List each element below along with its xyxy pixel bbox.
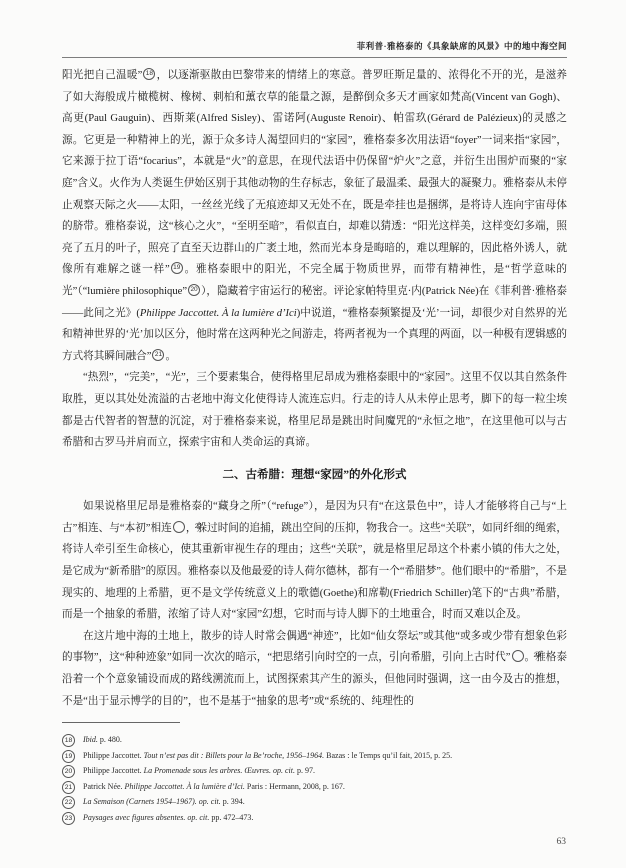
- footnote-number: 23: [62, 812, 75, 825]
- text-run-italic: Philippe Jaccottet. À la lumière d’Ici.: [125, 782, 245, 791]
- footnote-text: Ibid. p. 480.: [83, 732, 567, 748]
- footnote-item: 20Philippe Jaccottet. La Promenade sous …: [62, 763, 567, 779]
- paragraph: 在这片地中海的土地上，散步的诗人时常会偶遇“神迹”，比如“仙女祭坛”或其他“或多…: [62, 626, 567, 712]
- text-run: pp. 472–473.: [209, 813, 253, 822]
- text-run-italic: La Promenade sous les arbres. Œuvres. op…: [144, 766, 295, 775]
- text-run: Paris : Hermann, 2008, p. 167.: [245, 782, 345, 791]
- text-run: Philippe Jaccottet.: [83, 751, 144, 760]
- text-run: “热烈”，“完美”，“光”，三个要素集合，使得格里尼昂成为雅格泰眼中的“家园”。…: [62, 372, 567, 448]
- paragraph: “热烈”，“完美”，“光”，三个要素集合，使得格里尼昂成为雅格泰眼中的“家园”。…: [62, 367, 567, 453]
- text-run: ，躲过时间的追捕，跳出空间的压抑，物我合一。这些“关联”，如同纤细的绳索，将诗人…: [62, 523, 567, 620]
- page-number: 63: [557, 837, 567, 847]
- text-run: p. 97.: [295, 766, 315, 775]
- section-heading: 二、古希腊：理想“家园”的外化形式: [62, 465, 567, 487]
- footnote-number: 22: [62, 796, 75, 809]
- content-blocks: 阳光把自己温暖”18，以逐渐驱散由巴黎带来的情绪上的寒意。普罗旺斯足量的、浓得化…: [62, 65, 567, 712]
- footnote-item: 23Paysages avec figures absentes. op. ci…: [62, 810, 567, 826]
- text-run: 在这片地中海的土地上，散步的诗人时常会偶遇“神迹”，比如“仙女祭坛”或其他“或多…: [62, 631, 567, 664]
- footnote-item: 19Philippe Jaccottet. Tout n’est pas dit…: [62, 748, 567, 764]
- text-run-italic: Paysages avec figures absentes. op. cit.: [83, 813, 209, 822]
- footnote-number: 20: [62, 765, 75, 778]
- footnote-item: 21Patrick Née. Philippe Jaccottet. À la …: [62, 779, 567, 795]
- paragraph: 如果说格里尼昂是雅格泰的“藏身之所”（“refuge”），是因为只有“在这景色中…: [62, 496, 567, 626]
- footnote-marker: 23: [512, 650, 524, 662]
- footnote-marker: 19: [171, 262, 183, 274]
- running-header: 菲利普·雅格泰的《具象缺席的风景》中的地中海空间: [62, 40, 567, 57]
- text-run-italic: Philippe Jaccottet. À la lumière d’Ici: [140, 308, 297, 319]
- footnote-number: 18: [62, 734, 75, 747]
- footnote-number: 21: [62, 781, 75, 794]
- page-content: 菲利普·雅格泰的《具象缺席的风景》中的地中海空间 阳光把自己温暖”18，以逐渐驱…: [62, 40, 567, 712]
- text-run-italic: La Semaison (Carnets 1954–1967). op. cit…: [83, 797, 221, 806]
- footnote-marker: 18: [143, 68, 155, 80]
- header-rule: [62, 57, 567, 58]
- text-run-italic: Tout n’est pas dit : Billets pour la Be’…: [144, 751, 325, 760]
- footnote-marker: 22: [173, 521, 185, 533]
- footnote-text: Paysages avec figures absentes. op. cit.…: [83, 810, 567, 826]
- footnote-item: 22La Semaison (Carnets 1954–1967). op. c…: [62, 794, 567, 810]
- footnote-marker: 21: [152, 349, 164, 361]
- text-run: Patrick Née.: [83, 782, 125, 791]
- footnote-number: 19: [62, 750, 75, 763]
- footnote-item: 18Ibid. p. 480.: [62, 732, 567, 748]
- footnotes-section: 18Ibid. p. 480.19Philippe Jaccottet. Tou…: [62, 722, 567, 825]
- text-run: ，以逐渐驱散由巴黎带来的情绪上的寒意。普罗旺斯足量的、浓得化不开的光，是滋养了如…: [62, 70, 567, 275]
- footnote-list: 18Ibid. p. 480.19Philippe Jaccottet. Tou…: [62, 732, 567, 825]
- footnote-marker: 20: [188, 284, 200, 296]
- document-page: 菲利普·雅格泰的《具象缺席的风景》中的地中海空间 阳光把自己温暖”18，以逐渐驱…: [0, 0, 626, 868]
- paragraph: 阳光把自己温暖”18，以逐渐驱散由巴黎带来的情绪上的寒意。普罗旺斯足量的、浓得化…: [62, 65, 567, 367]
- footnote-text: La Semaison (Carnets 1954–1967). op. cit…: [83, 794, 567, 810]
- text-run: 。: [165, 351, 176, 362]
- text-run: Bazas : le Temps qu’il fait, 2015, p. 25…: [324, 751, 452, 760]
- text-run: p. 394.: [221, 797, 245, 806]
- footnote-text: Philippe Jaccottet. La Promenade sous le…: [83, 763, 567, 779]
- text-run: Philippe Jaccottet.: [83, 766, 144, 775]
- text-run: p. 480.: [98, 735, 122, 744]
- footnote-separator: [62, 722, 180, 723]
- footnote-text: Philippe Jaccottet. Tout n’est pas dit :…: [83, 748, 567, 764]
- text-run: 阳光把自己温暖”: [62, 70, 142, 81]
- footnote-text: Patrick Née. Philippe Jaccottet. À la lu…: [83, 779, 567, 795]
- text-run-italic: Ibid.: [83, 735, 98, 744]
